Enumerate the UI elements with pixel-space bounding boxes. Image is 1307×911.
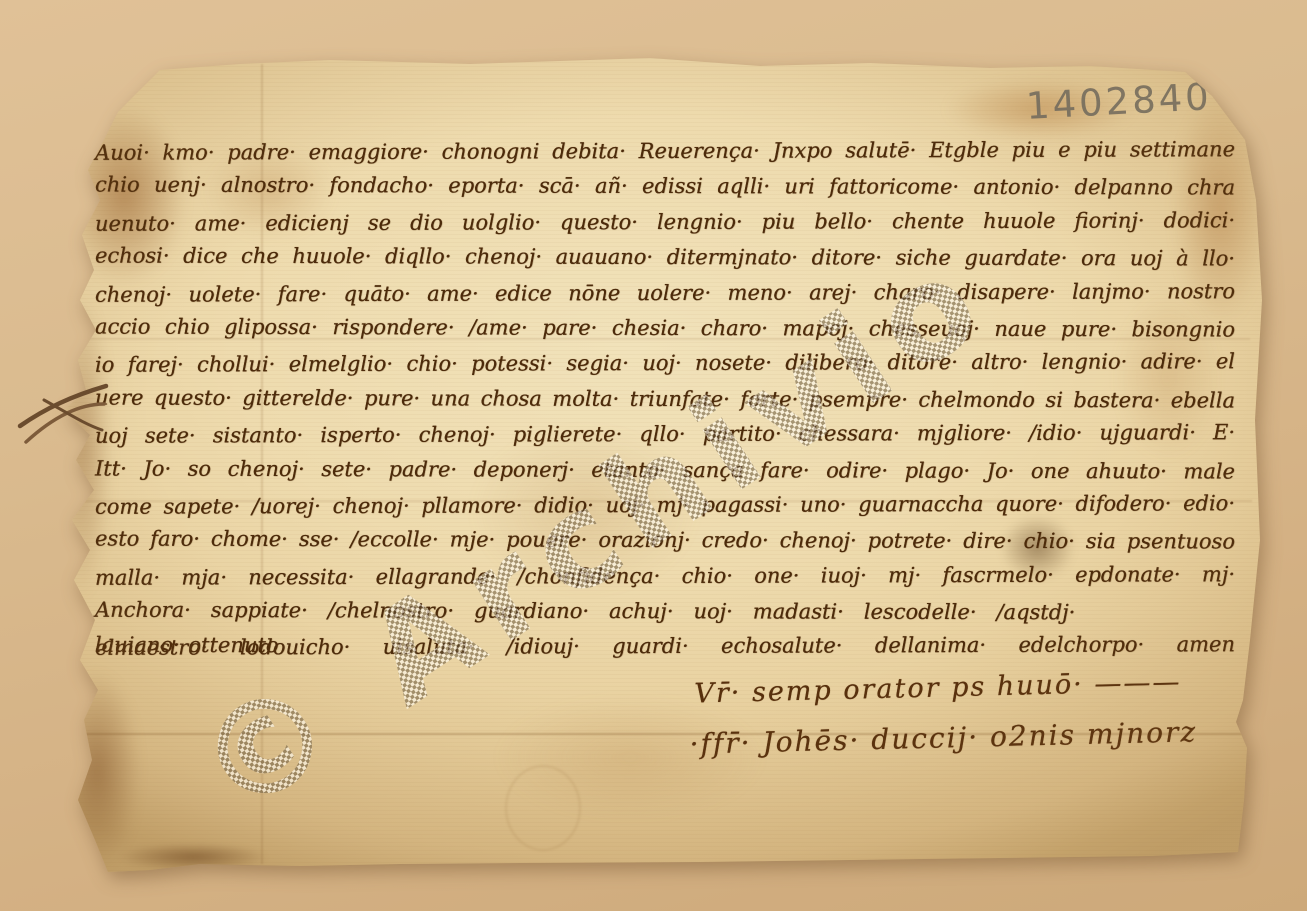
manuscript-line: accio chio glipossa· rispondere· /ame· p… [95, 309, 1235, 347]
signature-block: Vr̄· semp orator ps huuō· ——— ·ffr̄· Joh… [694, 666, 1226, 761]
signature-line: ·ffr̄· Johēs· duccij· o2nis mjnorz [689, 715, 1226, 761]
manuscript-line: malla· mja· necessita· ellagrande· /chon… [95, 557, 1235, 596]
paper-watermark-ring [505, 765, 581, 851]
archival-number: 1402840 [1025, 75, 1213, 128]
paper-shadow-wrap: Auoi· kmo· padre· emaggiore· chonogni de… [0, 0, 1307, 911]
letter-body: Auoi· kmo· padre· emaggiore· chonogni de… [95, 134, 1235, 665]
manuscript-line: uere questo· gitterelde· pure· una chosa… [95, 380, 1235, 418]
manuscript-line: come sapete· /uorej· chenoj· pllamore· d… [95, 486, 1235, 525]
binding-thread [14, 372, 114, 457]
manuscript-line: esto faro· chome· sse· /eccolle· mje· po… [95, 522, 1235, 560]
manuscript-line: Anchora· sappiate· /chelnostro· guardian… [95, 593, 1075, 631]
manuscript-line: Itt· Jo· so chenoj· sete· padre· deponer… [95, 451, 1235, 489]
manuscript-line: chio uenj· alnostro· fondacho· eporta· s… [95, 168, 1235, 206]
manuscript-line: Auoi· kmo· padre· emaggiore· chonogni de… [95, 132, 1235, 171]
stain [55, 670, 140, 870]
manuscript-line: uoj sete· sistanto· isperto· chenoj· pig… [95, 415, 1235, 454]
manuscript-page: Auoi· kmo· padre· emaggiore· chonogni de… [0, 0, 1307, 911]
manuscript-line: io farej· chollui· elmelglio· chio· pote… [95, 345, 1235, 384]
manuscript-line: elmaestro· lodouicho· uisaluta· /idiouj·… [95, 628, 1235, 667]
manuscript-line: echosi· dice che huuole· diqllo· chenoj·… [95, 239, 1235, 277]
signature-line: Vr̄· semp orator ps huuō· ——— [694, 666, 1225, 710]
manuscript-line: chenoj· uolete· fare· quāto· ame· edice … [95, 274, 1235, 313]
photo-backdrop: Auoi· kmo· padre· emaggiore· chonogni de… [0, 0, 1307, 911]
manuscript-line: uenuto· ame· edicienj se dio uolglio· qu… [95, 203, 1235, 242]
stain [118, 843, 268, 871]
